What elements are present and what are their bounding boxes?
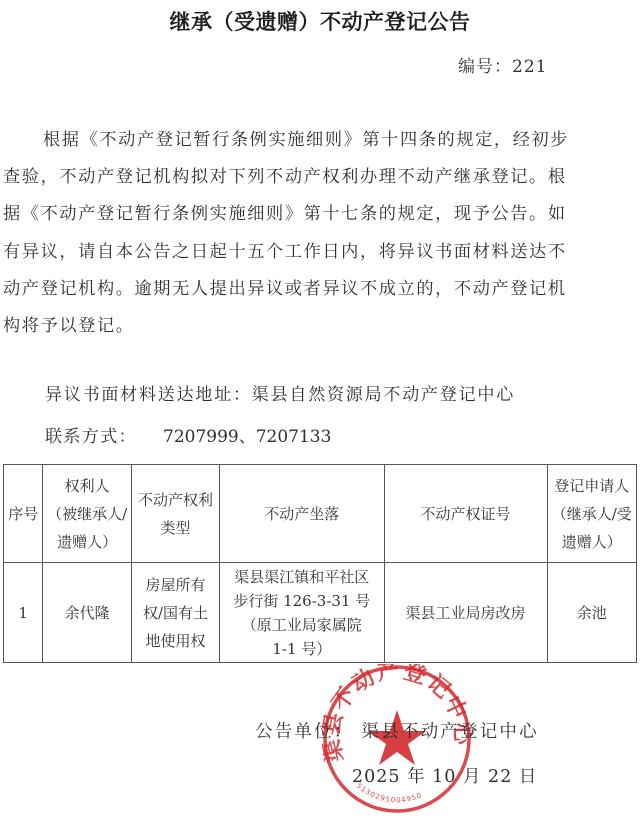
header-location: 不动产坐落 [220, 465, 384, 563]
notice-title: 继承（受遗赠）不动产登记公告 [0, 6, 640, 36]
issue-date: 2025 年 10 月 22 日 [352, 763, 537, 788]
cell-location: 渠县渠江镇和平社区 步行街 126-3-31 号 （原工业局家属院 1-1 号） [220, 563, 384, 663]
header-no: 序号 [4, 465, 43, 563]
table-row: 1 余代隆 房屋所有 权/国有土 地使用权 渠县渠江镇和平社区 步行街 126-… [4, 563, 637, 663]
header-applicant: 登记申请人 （继承人/受 遗赠人） [547, 465, 636, 563]
document-number: 编号：221 [458, 52, 547, 77]
header-certificate: 不动产权证号 [384, 465, 547, 563]
cell-owner: 余代隆 [43, 563, 131, 663]
cell-applicant: 余池 [547, 563, 636, 663]
body-line: 查验，不动产登记机构拟对下列不动产权利办理不动产继承登记。根 [3, 159, 638, 196]
objection-address: 异议书面材料送达地址：渠县自然资源局不动产登记中心 [45, 380, 515, 405]
body-line: 据《不动产登记暂行条例实施细则》第十七条的规定，现予公告。如 [3, 196, 638, 233]
body-line: 有异议，请自本公告之日起十五个工作日内，将异议书面材料送达不 [3, 234, 638, 271]
contact-info: 联系方式：7207999、7207133 [45, 422, 331, 447]
header-right-type: 不动产权利 类型 [131, 465, 219, 563]
body-line: 构将予以登记。 [3, 308, 638, 345]
body-line: 根据《不动产登记暂行条例实施细则》第十四条的规定，经初步 [3, 122, 638, 159]
cell-certificate: 渠县工业局房改房 [384, 563, 547, 663]
cell-right-type: 房屋所有 权/国有土 地使用权 [131, 563, 219, 663]
issuer: 公告单位：渠县不动产登记中心 [255, 718, 539, 743]
header-owner: 权利人 （被继承人/ 遗赠人） [43, 465, 131, 563]
cell-no: 1 [4, 563, 43, 663]
body-line: 动产登记机构。逾期无人提出异议或者异议不成立的，不动产登记机 [3, 271, 638, 308]
contact-phones: 7207999、7207133 [163, 427, 331, 447]
contact-label: 联系方式： [45, 427, 137, 447]
issuer-label: 公告单位： [255, 722, 354, 742]
issuer-name: 渠县不动产登记中心 [362, 722, 539, 742]
registration-table: 序号 权利人 （被继承人/ 遗赠人） 不动产权利 类型 不动产坐落 不动产权证号… [3, 464, 637, 663]
notice-body: 根据《不动产登记暂行条例实施细则》第十四条的规定，经初步 查验，不动产登记机构拟… [3, 122, 638, 345]
table-header-row: 序号 权利人 （被继承人/ 遗赠人） 不动产权利 类型 不动产坐落 不动产权证号… [4, 465, 637, 563]
